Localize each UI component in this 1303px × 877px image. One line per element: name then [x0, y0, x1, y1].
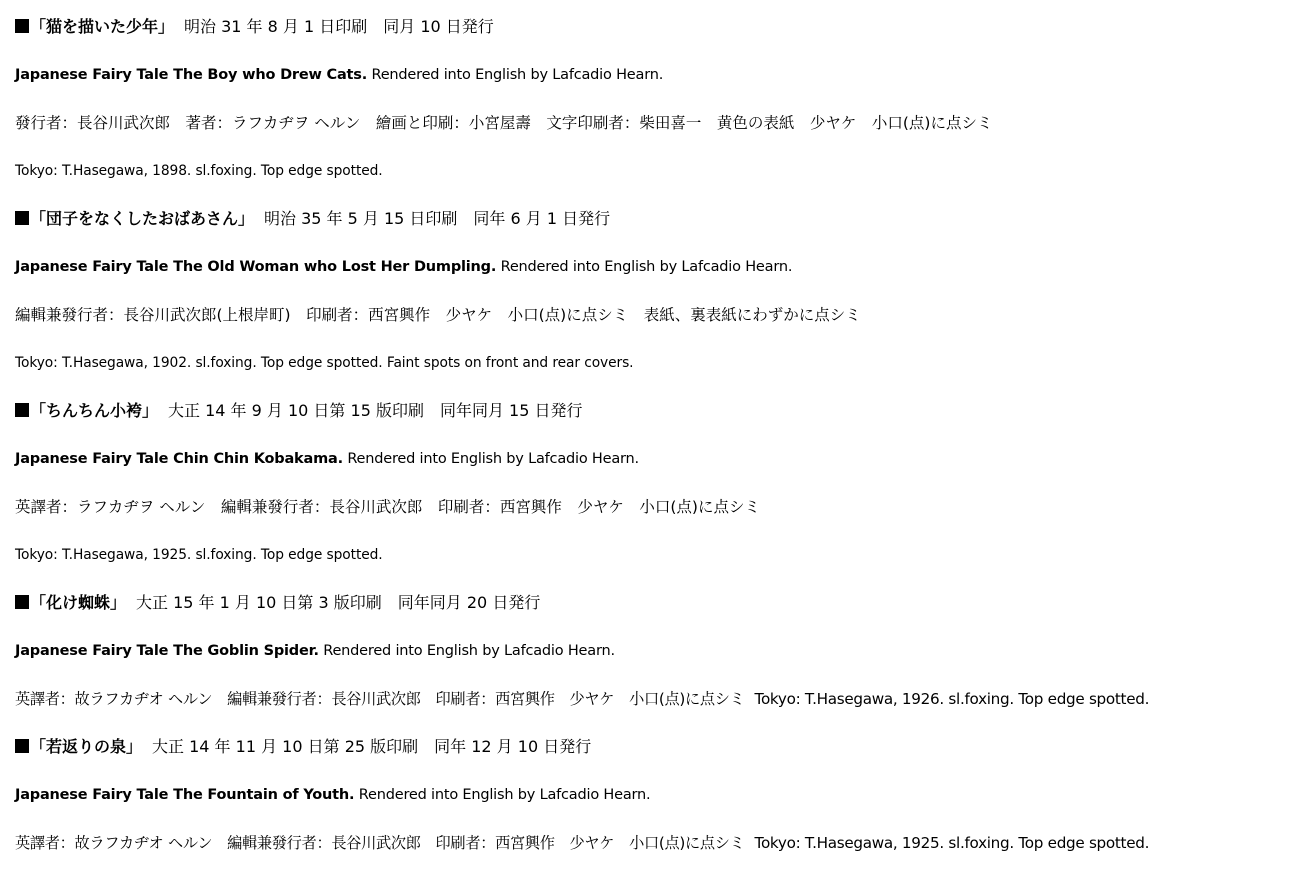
en-title-line: Japanese Fairy Tale Chin Chin Kobakama. …	[15, 446, 1303, 494]
book-entry: 「猫を描いた少年」明治 31 年 8 月 1 日印刷 同月 10 日発行 Jap…	[15, 14, 1303, 206]
jp-description: 英譯者：故ラフカヂオ ヘルン 編輯兼發行者：長谷川武次郎 印刷者：西宮興作 少ヤ…	[15, 690, 745, 708]
imprint-condition: Tokyo: T.Hasegawa, 1926. sl.foxing. Top …	[755, 690, 1150, 708]
en-title-line: Japanese Fairy Tale The Old Woman who Lo…	[15, 254, 1303, 302]
jp-description: 英譯者：ラフカヂヲ ヘルン 編輯兼發行者：長谷川武次郎 印刷者：西宮興作 少ヤケ…	[15, 494, 1303, 542]
black-square-bullet-icon	[15, 739, 29, 753]
book-entry: 「団子をなくしたおばあさん」明治 35 年 5 月 15 日印刷 同年 6 月 …	[15, 206, 1303, 398]
en-title-line: Japanese Fairy Tale The Fountain of Yout…	[15, 782, 1303, 830]
en-rendered-by: Rendered into English by Lafcadio Hearn.	[347, 451, 639, 467]
jp-description: 編輯兼發行者：長谷川武次郎(上根岸町) 印刷者：西宮興作 少ヤケ 小口(点)に点…	[15, 302, 1303, 350]
black-square-bullet-icon	[15, 403, 29, 417]
jp-title-line: 「猫を描いた少年」明治 31 年 8 月 1 日印刷 同月 10 日発行	[15, 14, 1303, 62]
en-rendered-by: Rendered into English by Lafcadio Hearn.	[323, 643, 615, 659]
book-listing: 「猫を描いた少年」明治 31 年 8 月 1 日印刷 同月 10 日発行 Jap…	[0, 0, 1303, 877]
imprint-condition: Tokyo: T.Hasegawa, 1902. sl.foxing. Top …	[15, 350, 1303, 398]
en-title: Japanese Fairy Tale The Old Woman who Lo…	[15, 259, 496, 275]
en-title: Japanese Fairy Tale Chin Chin Kobakama.	[15, 451, 343, 467]
imprint-condition: Tokyo: T.Hasegawa, 1925. sl.foxing. Top …	[15, 542, 1303, 590]
jp-print-dates: 明治 31 年 8 月 1 日印刷 同月 10 日発行	[184, 17, 494, 36]
imprint-condition: Tokyo: T.Hasegawa, 1898. sl.foxing. Top …	[15, 158, 1303, 206]
imprint-condition: Tokyo: T.Hasegawa, 1925. sl.foxing. Top …	[755, 834, 1150, 852]
en-rendered-by: Rendered into English by Lafcadio Hearn.	[501, 259, 793, 275]
jp-title-line: 「若返りの泉」大正 14 年 11 月 10 日第 25 版印刷 同年 12 月…	[15, 734, 1303, 782]
jp-print-dates: 明治 35 年 5 月 15 日印刷 同年 6 月 1 日発行	[264, 209, 610, 228]
en-title-line: Japanese Fairy Tale The Boy who Drew Cat…	[15, 62, 1303, 110]
en-rendered-by: Rendered into English by Lafcadio Hearn.	[359, 787, 651, 803]
jp-title: 「猫を描いた少年」	[30, 17, 174, 36]
jp-title: 「化け蜘蛛」	[30, 593, 126, 612]
book-entry: 「ちんちん小袴」大正 14 年 9 月 10 日第 15 版印刷 同年同月 15…	[15, 398, 1303, 590]
black-square-bullet-icon	[15, 19, 29, 33]
en-title: Japanese Fairy Tale The Fountain of Yout…	[15, 787, 354, 803]
jp-description: 發行者：長谷川武次郎 著者：ラフカヂヲ ヘルン 繪画と印刷：小宮屋壽 文字印刷者…	[15, 110, 1303, 158]
jp-print-dates: 大正 15 年 1 月 10 日第 3 版印刷 同年同月 20 日発行	[136, 593, 540, 612]
black-square-bullet-icon	[15, 595, 29, 609]
jp-print-dates: 大正 14 年 9 月 10 日第 15 版印刷 同年同月 15 日発行	[168, 401, 582, 420]
jp-title: 「ちんちん小袴」	[30, 401, 158, 420]
en-title-line: Japanese Fairy Tale The Goblin Spider. R…	[15, 638, 1303, 686]
jp-title: 「若返りの泉」	[30, 737, 142, 756]
jp-title: 「団子をなくしたおばあさん」	[30, 209, 254, 228]
jp-description: 英譯者：故ラフカヂオ ヘルン 編輯兼發行者：長谷川武次郎 印刷者：西宮興作 少ヤ…	[15, 834, 745, 852]
jp-title-line: 「ちんちん小袴」大正 14 年 9 月 10 日第 15 版印刷 同年同月 15…	[15, 398, 1303, 446]
jp-description-with-imprint: 英譯者：故ラフカヂオ ヘルン 編輯兼發行者：長谷川武次郎 印刷者：西宮興作 少ヤ…	[15, 830, 1303, 877]
book-entry: 「化け蜘蛛」大正 15 年 1 月 10 日第 3 版印刷 同年同月 20 日発…	[15, 590, 1303, 734]
en-rendered-by: Rendered into English by Lafcadio Hearn.	[371, 67, 663, 83]
jp-title-line: 「化け蜘蛛」大正 15 年 1 月 10 日第 3 版印刷 同年同月 20 日発…	[15, 590, 1303, 638]
jp-title-line: 「団子をなくしたおばあさん」明治 35 年 5 月 15 日印刷 同年 6 月 …	[15, 206, 1303, 254]
black-square-bullet-icon	[15, 211, 29, 225]
jp-description-with-imprint: 英譯者：故ラフカヂオ ヘルン 編輯兼發行者：長谷川武次郎 印刷者：西宮興作 少ヤ…	[15, 686, 1303, 734]
en-title: Japanese Fairy Tale The Boy who Drew Cat…	[15, 67, 367, 83]
en-title: Japanese Fairy Tale The Goblin Spider.	[15, 643, 319, 659]
book-entry: 「若返りの泉」大正 14 年 11 月 10 日第 25 版印刷 同年 12 月…	[15, 734, 1303, 877]
jp-print-dates: 大正 14 年 11 月 10 日第 25 版印刷 同年 12 月 10 日発行	[152, 737, 591, 756]
